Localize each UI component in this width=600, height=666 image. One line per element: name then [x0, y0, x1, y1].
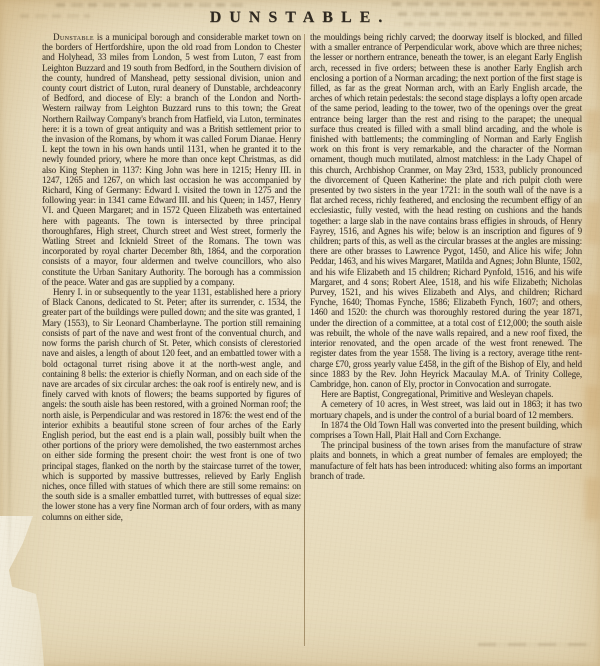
- scanned-page: DUNSTABLE. Dunstable is a municipal boro…: [0, 0, 600, 666]
- lead-word: Dunstable: [53, 32, 94, 42]
- paragraph-trade: The principal business of the town arise…: [310, 440, 582, 481]
- showthrough-ghost-text: [56, 3, 244, 7]
- paragraph-priory-church: Henry I. in or subsequently to the year …: [42, 287, 301, 522]
- paragraph-town-hall: In 1874 the Old Town Hall was converted …: [310, 420, 582, 440]
- paragraph-town-description: Dunstable is a municipal borough and con…: [42, 32, 301, 287]
- paragraph-cemetery: A cemetery of 10 acres, in West street, …: [310, 399, 582, 419]
- column-divider-rule: [304, 34, 305, 646]
- page-title: DUNSTABLE.: [0, 9, 600, 27]
- paragraph-text: is a municipal borough and considerable …: [42, 32, 301, 287]
- article-body: Dunstable is a municipal borough and con…: [0, 32, 600, 662]
- paragraph-church-continued: the mouldings being richly carved; the d…: [310, 32, 582, 389]
- left-column: Dunstable is a municipal borough and con…: [42, 32, 301, 662]
- paragraph-chapels: Here are Baptist, Congregational, Primit…: [310, 389, 582, 399]
- right-column: the mouldings being richly carved; the d…: [310, 32, 582, 662]
- showthrough-ghost-text: [392, 2, 592, 6]
